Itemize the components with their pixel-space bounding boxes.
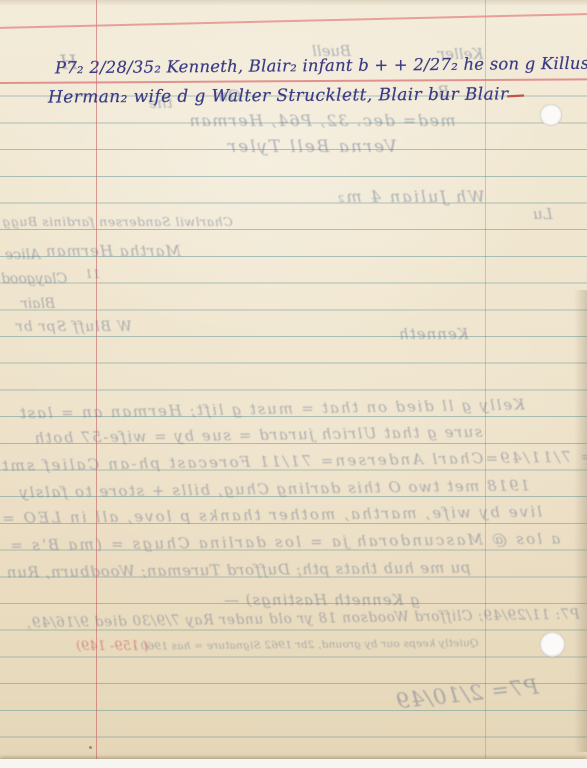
paper-right-edge-shadow — [574, 290, 587, 752]
scanned-page: Buell Keller H the Om B med= dec. 32, P6… — [0, 0, 587, 768]
bleedthrough-red-note: ( 159- 149) — [76, 639, 148, 654]
hole-punch-top — [540, 104, 562, 126]
paper-sheet: Buell Keller H the Om B med= dec. 32, P6… — [0, 0, 587, 760]
bleedthrough-line: g Kenneth Hastings) — — [223, 591, 420, 609]
bleedthrough-line: 11 — [85, 267, 100, 281]
bleedthrough-line: Wh Julian 4 m₂ — [336, 187, 485, 206]
paper-speck — [89, 746, 92, 749]
hole-punch-bottom — [540, 632, 565, 657]
entry-line-2: Herman₂ wife d g Walter Strucklett, Blai… — [48, 84, 509, 107]
bleedthrough-line: Verna Bell Tyler — [226, 137, 397, 157]
top-red-rule — [0, 13, 587, 29]
bleedthrough-line: Alice — [5, 247, 40, 263]
bleedthrough-line: Kenneth — [398, 325, 469, 343]
right-margin-line — [485, 0, 486, 760]
scanner-background-strip — [0, 759, 587, 768]
red-dash-mark: — — [505, 84, 525, 107]
paper-top-edge-shadow — [0, 0, 587, 6]
bleedthrough-line: W Bluff Spr br — [15, 319, 132, 335]
bleedthrough-line: med= dec. 32, P64, Herman — [188, 111, 456, 130]
bleedthrough-line: Martha Herman — [45, 242, 181, 260]
bleedthrough-line: Claygood — [1, 271, 67, 287]
bleedthrough-line: Lu — [533, 205, 553, 223]
bleedthrough-line: Blair — [21, 296, 55, 312]
bleedthrough-line: Charlwil Sandersen fardinis Bugg — [2, 214, 233, 229]
